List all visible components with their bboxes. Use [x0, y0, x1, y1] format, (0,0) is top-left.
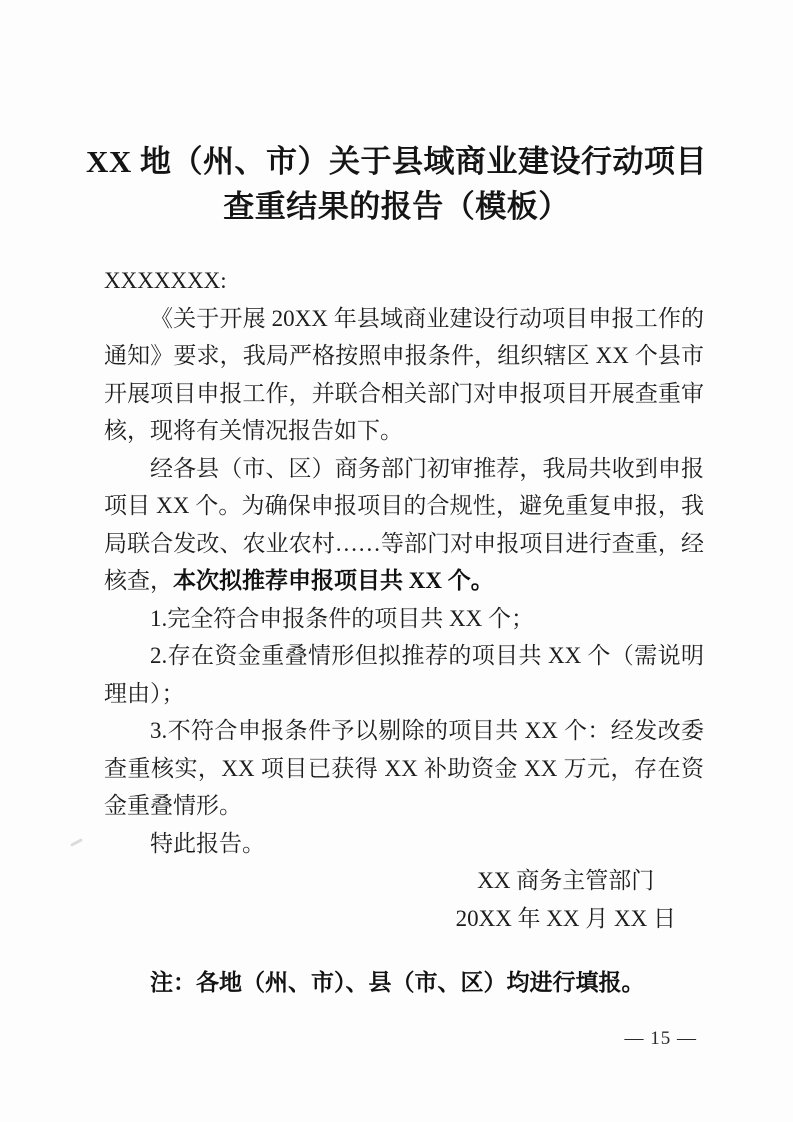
closing-line: 特此报告。	[104, 825, 704, 863]
list-item-1: 1.完全符合申报条件的项目共 XX 个；	[104, 600, 704, 638]
page-number: — 15 —	[625, 1028, 698, 1050]
paragraph-review-result: 经各县（市、区）商务部门初审推荐，我局共收到申报项目 XX 个。为确保申报项目的…	[104, 450, 704, 600]
paragraph-review-result-bold: 本次拟推荐申报项目共 XX 个。	[173, 568, 494, 593]
signature-block: XX 商务主管部门 20XX 年 XX 月 XX 日	[104, 862, 704, 937]
document-title: XX 地（州、市）关于县域商业建设行动项目 查重结果的报告（模板）	[60, 139, 733, 229]
signature-department: XX 商务主管部门	[456, 862, 676, 900]
signature-inner: XX 商务主管部门 20XX 年 XX 月 XX 日	[456, 862, 676, 937]
list-item-3: 3.不符合申报条件予以剔除的项目共 XX 个：经发改委查重核实，XX 项目已获得…	[104, 712, 704, 825]
scan-artifact	[70, 838, 83, 847]
salutation-line: XXXXXXX:	[104, 262, 704, 300]
title-line-2: 查重结果的报告（模板）	[60, 184, 733, 229]
paragraph-notice-requirements: 《关于开展 20XX 年县域商业建设行动项目申报工作的通知》要求，我局严格按照申…	[104, 300, 704, 450]
signature-date: 20XX 年 XX 月 XX 日	[456, 900, 676, 938]
document-body: XXXXXXX: 《关于开展 20XX 年县域商业建设行动项目申报工作的通知》要…	[104, 262, 704, 1002]
list-item-2: 2.存在资金重叠情形但拟推荐的项目共 XX 个（需说明理由）；	[104, 637, 704, 712]
footnote: 注：各地（州、市）、县（市、区）均进行填报。	[104, 964, 704, 1002]
document-page: XX 地（州、市）关于县域商业建设行动项目 查重结果的报告（模板） XXXXXX…	[0, 0, 793, 1122]
title-line-1: XX 地（州、市）关于县域商业建设行动项目	[60, 139, 733, 184]
